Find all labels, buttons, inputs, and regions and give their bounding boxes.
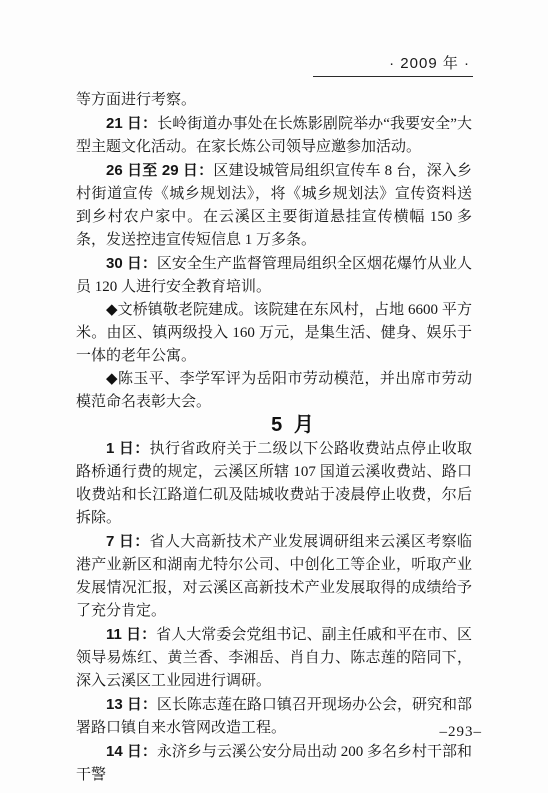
entry-paragraph: 14 日：永济乡与云溪公安分局出动 200 多名乡村干部和干警 — [76, 740, 472, 787]
entry-paragraph: 13 日：区长陈志莲在路口镇召开现场办公会，研究和部署路口镇自来水管网改造工程。 — [76, 693, 472, 740]
entry-date: 7 日： — [106, 533, 150, 550]
entry-paragraph: 11 日：省人大常委会党组书记、副主任戚和平在市、区领导易炼红、黄兰香、李湘岳、… — [76, 623, 472, 693]
running-head-rule — [313, 76, 473, 77]
entry-paragraph: 26 日至 29 日：区建设城管局组织宣传车 8 台，深入乡村街道宣传《城乡规划… — [76, 159, 472, 252]
paragraph-text: 等方面进行考察。 — [76, 92, 196, 108]
entry-text: 陈玉平、李学军评为岳阳市劳动模范，并出席市劳动模范命名表彰大会。 — [76, 371, 472, 410]
continuation-paragraph: 等方面进行考察。 — [76, 89, 472, 112]
page-number: –293– — [440, 724, 483, 741]
entry-paragraph: ◆文桥镇敬老院建成。该院建在东风村，占地 6600 平方米。由区、镇两级投入 1… — [76, 299, 472, 368]
section-title-may: 5 月 — [76, 414, 472, 437]
running-head-year: · 2009 年 · — [389, 52, 470, 73]
diamond-bullet-icon: ◆ — [106, 371, 118, 387]
entry-paragraph: ◆陈玉平、李学军评为岳阳市劳动模范，并出席市劳动模范命名表彰大会。 — [76, 368, 472, 414]
entry-paragraph: 7 日：省人大高新技术产业发展调研组来云溪区考察临港产业新区和湖南尤特尔公司、中… — [76, 530, 472, 623]
diamond-bullet-icon: ◆ — [106, 302, 118, 318]
entry-date: 13 日： — [106, 696, 157, 713]
book-page: · 2009 年 · 等方面进行考察。 21 日：长岭街道办事处在长炼影剧院举办… — [0, 0, 548, 793]
entry-paragraph: 30 日：区安全生产监督管理局组织全区烟花爆竹从业人员 120 人进行安全教育培… — [76, 252, 472, 299]
entry-paragraph: 1 日：执行省政府关于二级以下公路收费站点停止收取路桥通行费的规定，云溪区所辖 … — [76, 437, 472, 530]
entry-text: 文桥镇敬老院建成。该院建在东风村，占地 6600 平方米。由区、镇两级投入 16… — [76, 302, 472, 364]
entry-date: 14 日： — [106, 743, 157, 760]
entry-date: 26 日至 29 日： — [106, 162, 213, 179]
entry-date: 11 日： — [106, 626, 156, 643]
entry-date: 30 日： — [106, 255, 157, 272]
entry-date: 21 日： — [106, 115, 157, 132]
page-body: 等方面进行考察。 21 日：长岭街道办事处在长炼影剧院举办“我要安全”大型主题文… — [76, 89, 472, 787]
entry-date: 1 日： — [106, 440, 150, 457]
entry-paragraph: 21 日：长岭街道办事处在长炼影剧院举办“我要安全”大型主题文化活动。在家长炼公… — [76, 112, 472, 159]
